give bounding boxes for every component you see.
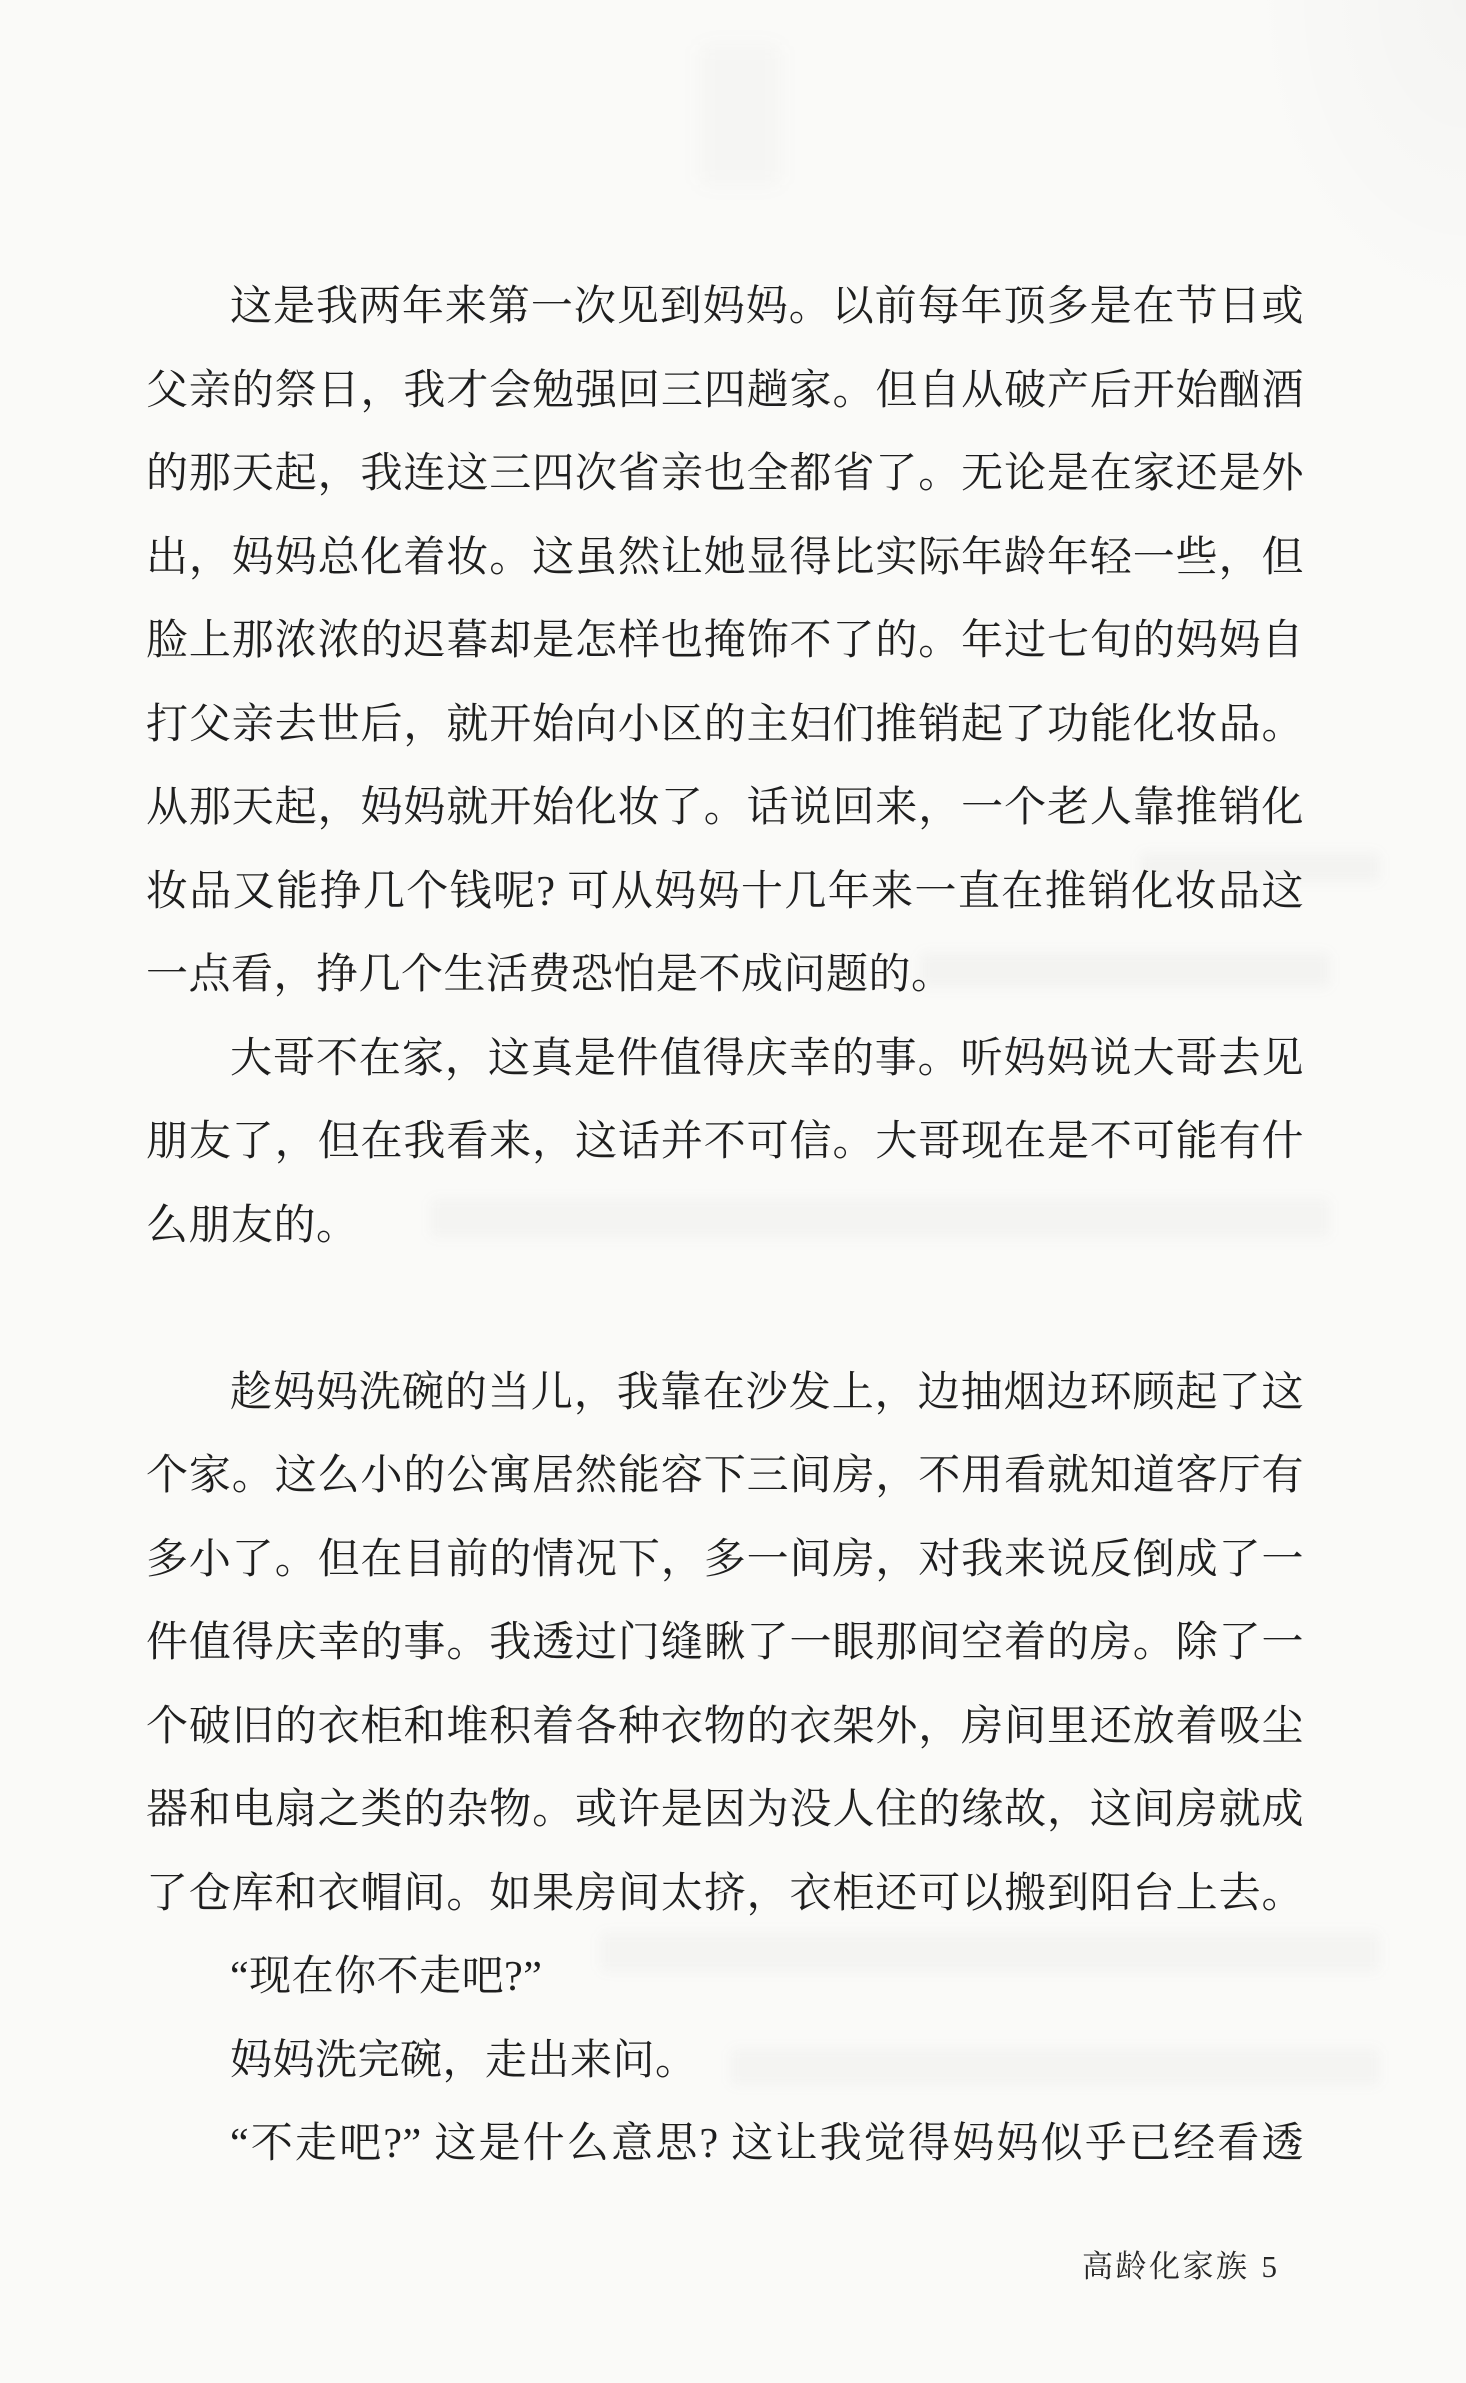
text-line: “不走吧?” 这是什么意思? 这让我觉得妈妈似乎已经看透 xyxy=(146,2103,1304,2187)
page-footer: 高龄化家族5 xyxy=(1082,2246,1277,2288)
text-line: 个破旧的衣柜和堆积着各种衣物的衣架外，房间里还放着吸尘 xyxy=(146,1686,1304,1770)
text-line: 脸上那浓浓的迟暮却是怎样也掩饰不了的。年过七旬的妈妈自 xyxy=(146,600,1304,684)
section-break xyxy=(146,1268,1304,1352)
text-line: 趁妈妈洗碗的当儿，我靠在沙发上，边抽烟边环顾起了这 xyxy=(146,1352,1304,1436)
book-title: 高龄化家族 xyxy=(1082,2249,1250,2284)
text-line: 父亲的祭日，我才会勉强回三四趟家。但自从破产后开始酗酒 xyxy=(146,350,1304,434)
text-line: 件值得庆幸的事。我透过门缝瞅了一眼那间空着的房。除了一 xyxy=(146,1602,1304,1686)
text-line: 多小了。但在目前的情况下，多一间房，对我来说反倒成了一 xyxy=(146,1519,1304,1603)
text-line: 个家。这么小的公寓居然能容下三间房，不用看就知道客厅有 xyxy=(146,1435,1304,1519)
text-line: 朋友了，但在我看来，这话并不可信。大哥现在是不可能有什 xyxy=(146,1101,1304,1185)
bleedthrough-artifact xyxy=(700,45,780,185)
text-line: 一点看，挣几个生活费恐怕是不成问题的。 xyxy=(146,934,1304,1018)
text-line: 妈妈洗完碗，走出来问。 xyxy=(146,2020,1304,2104)
page-text-block: 这是我两年来第一次见到妈妈。以前每年顶多是在节日或 父亲的祭日，我才会勉强回三四… xyxy=(146,266,1304,2187)
text-line: 么朋友的。 xyxy=(146,1185,1304,1269)
text-line: 妆品又能挣几个钱呢? 可从妈妈十几年来一直在推销化妆品这 xyxy=(146,851,1304,935)
text-line: 出，妈妈总化着妆。这虽然让她显得比实际年龄年轻一些，但 xyxy=(146,517,1304,601)
text-line: 这是我两年来第一次见到妈妈。以前每年顶多是在节日或 xyxy=(146,266,1304,350)
text-line: 打父亲去世后，就开始向小区的主妇们推销起了功能化妆品。 xyxy=(146,684,1304,768)
page-number: 5 xyxy=(1262,2249,1278,2284)
scanned-book-page: 这是我两年来第一次见到妈妈。以前每年顶多是在节日或 父亲的祭日，我才会勉强回三四… xyxy=(0,0,1466,2383)
text-line: 的那天起，我连这三四次省亲也全都省了。无论是在家还是外 xyxy=(146,433,1304,517)
text-line: 器和电扇之类的杂物。或许是因为没人住的缘故，这间房就成 xyxy=(146,1769,1304,1853)
text-line: 大哥不在家，这真是件值得庆幸的事。听妈妈说大哥去见 xyxy=(146,1018,1304,1102)
text-line: 从那天起，妈妈就开始化妆了。话说回来，一个老人靠推销化 xyxy=(146,767,1304,851)
text-line: 了仓库和衣帽间。如果房间太挤，衣柜还可以搬到阳台上去。 xyxy=(146,1853,1304,1937)
text-line: “现在你不走吧?” xyxy=(146,1936,1304,2020)
